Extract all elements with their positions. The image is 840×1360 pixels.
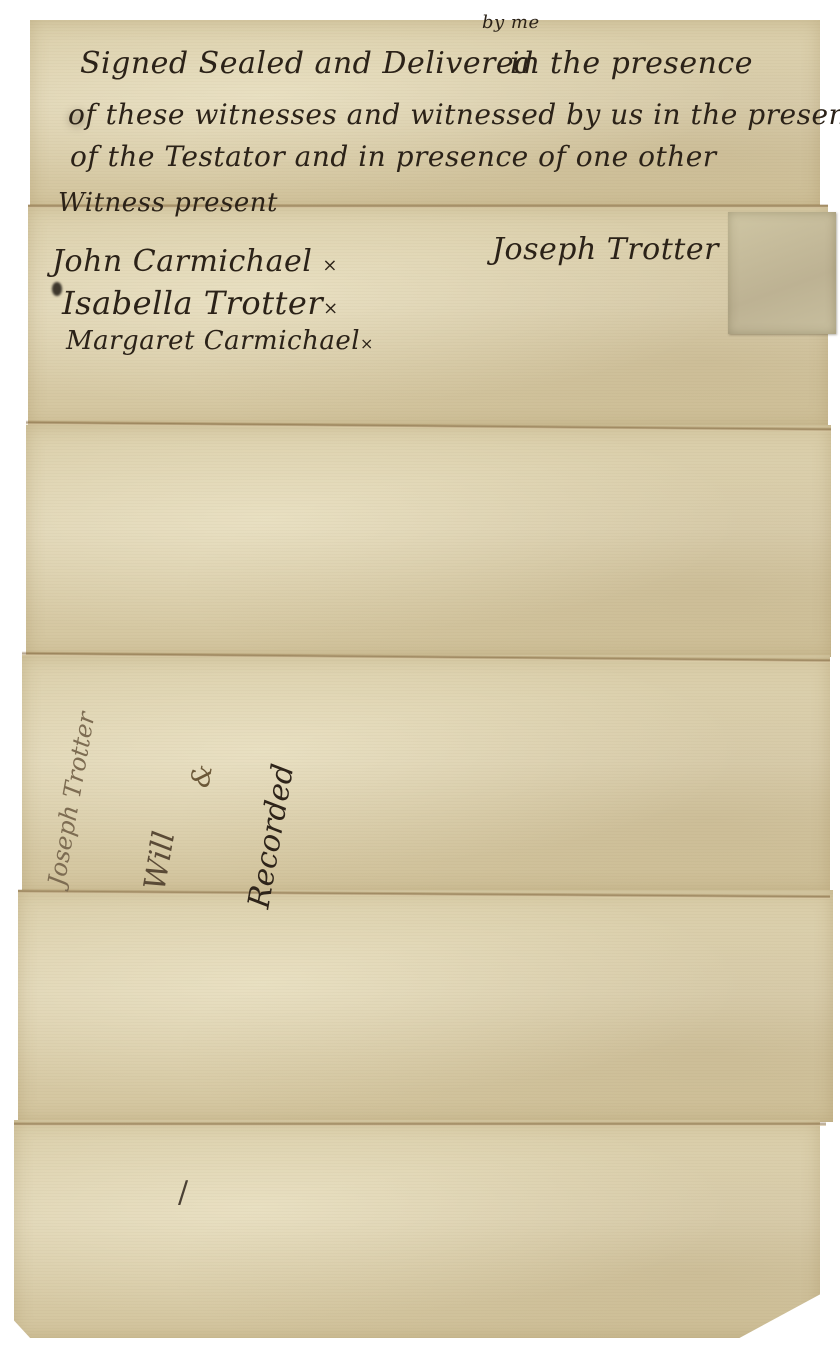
attestation-text: Signed Sealed and Delivered — [80, 46, 534, 81]
witness-signature: Isabella Trotter× — [62, 284, 339, 322]
docket-ampersand: & — [185, 762, 219, 790]
witnesses-heading: Witness present — [58, 188, 278, 218]
attestation-line-3: of the Testator and in presence of one o… — [70, 140, 717, 173]
witness-signature: Margaret Carmichael× — [66, 326, 374, 356]
document-scan: Signed Sealed and Delivered by me in the… — [0, 0, 840, 1360]
attestation-line-1-end: in the presence — [510, 46, 753, 81]
paper-repair-patch — [728, 212, 836, 334]
stray-pen-mark: / — [178, 1175, 189, 1210]
panel-5 — [18, 890, 833, 1122]
attestation-line-1: Signed Sealed and Delivered — [80, 46, 534, 81]
attestation-line-2: of these witnesses and witnessed by us i… — [68, 98, 840, 131]
interlineation: by me — [482, 12, 540, 33]
fold-line-5 — [14, 1122, 826, 1126]
panel-3 — [26, 425, 831, 657]
ink-blot — [52, 282, 62, 296]
panel-6 — [14, 1120, 820, 1338]
testator-signature: Joseph Trotter — [492, 232, 719, 267]
witness-signature: John Carmichael × — [52, 244, 338, 279]
